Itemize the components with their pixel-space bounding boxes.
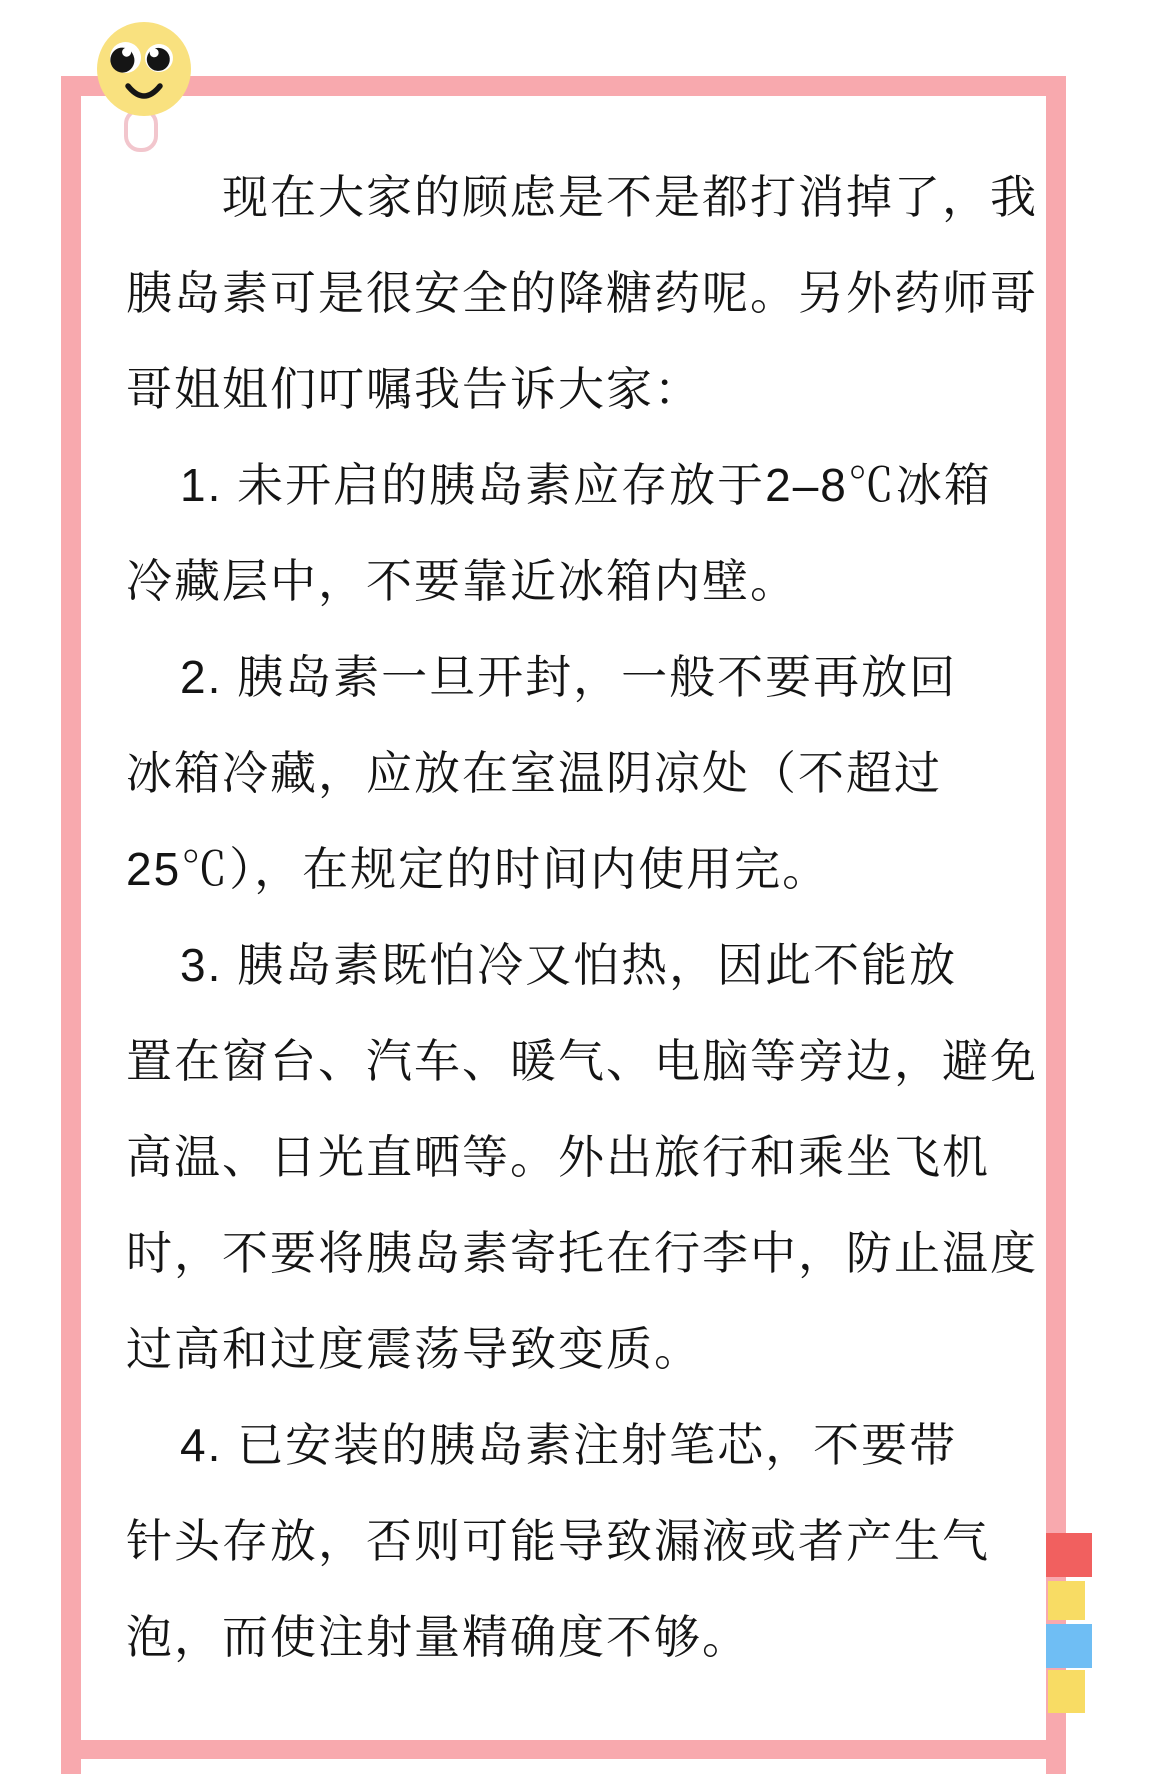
article-text: 现在大家的顾虑是不是都打消掉了，我 胰岛素可是很安全的降糖药呢。另外药师哥 哥姐… [126,149,1061,1685]
frame-border-bottom [81,1740,1046,1759]
text-card: 现在大家的顾虑是不是都打消掉了，我 胰岛素可是很安全的降糖药呢。另外药师哥 哥姐… [0,0,1154,1774]
text-line: 哥姐姐们叮嘱我告诉大家： [126,341,1061,437]
text-line: 冷藏层中，不要靠近冰箱内壁。 [126,533,1061,629]
text-line: 25℃），在规定的时间内使用完。 [126,821,1061,917]
text-line: 针头存放，否则可能导致漏液或者产生气 [126,1493,1061,1589]
text-line: 2. 胰岛素一旦开封，一般不要再放回 [126,629,1061,725]
text-line: 冰箱冷藏，应放在室温阴凉处（不超过 [126,725,1061,821]
smiley-mouth-icon [124,82,164,111]
text-line: 泡，而使注射量精确度不够。 [126,1589,1061,1685]
text-line: 高温、日光直晒等。外出旅行和乘坐飞机 [126,1109,1061,1205]
frame-border-top [61,76,1066,96]
smiley-left-eye-icon [108,40,144,76]
text-line: 时，不要将胰岛素寄托在行李中，防止温度 [126,1205,1061,1301]
text-line: 现在大家的顾虑是不是都打消掉了，我 [126,149,1061,245]
smiley-right-eye-icon [143,42,175,74]
text-line: 3. 胰岛素既怕冷又怕热，因此不能放 [126,917,1061,1013]
smiley-face-icon [97,22,191,116]
text-line: 1. 未开启的胰岛素应存放于2–8℃冰箱 [126,437,1061,533]
text-line: 胰岛素可是很安全的降糖药呢。另外药师哥 [126,245,1061,341]
text-line: 置在窗台、汽车、暖气、电脑等旁边，避免 [126,1013,1061,1109]
text-line: 4. 已安装的胰岛素注射笔芯，不要带 [126,1397,1061,1493]
text-line: 过高和过度震荡导致变质。 [126,1301,1061,1397]
frame-border-left [61,76,81,1774]
